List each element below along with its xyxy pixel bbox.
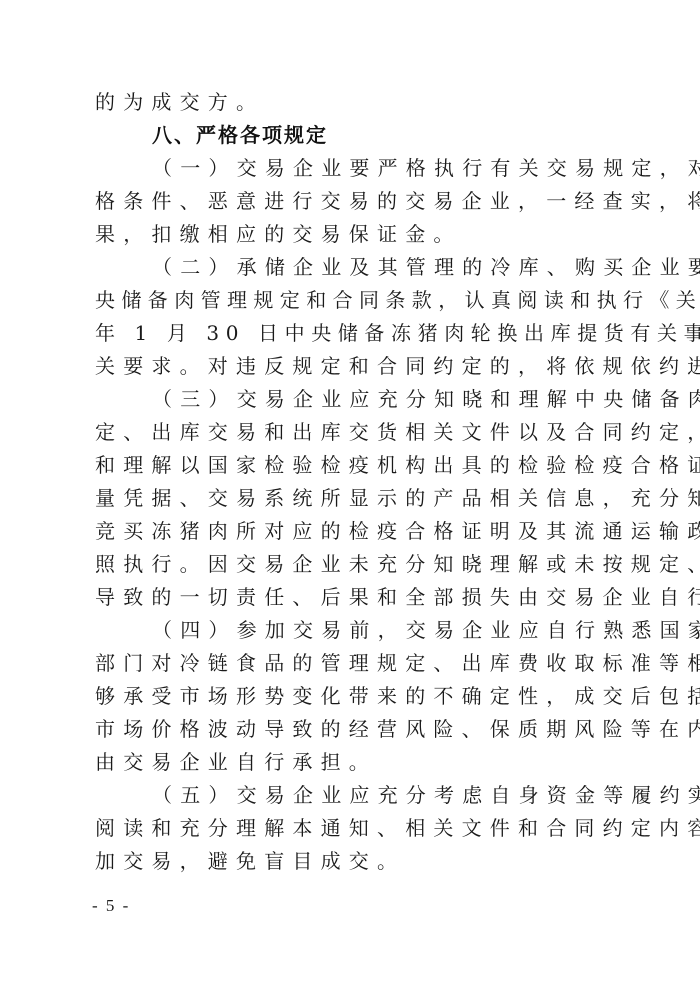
paragraph-line: 导致的一切责任、后果和全部损失由交易企业自行承担。 [95, 581, 607, 614]
paragraph-line: 和理解以国家检验检疫机构出具的检验检疫合格证明为出库质 [95, 449, 607, 482]
paragraph-3: （三）交易企业应充分知晓和理解中央储备肉有关管理规 定、出库交易和出库交货相关文… [95, 383, 607, 614]
paragraph-4: （四）参加交易前，交易企业应自行熟悉国家和当地有关 部门对冷链食品的管理规定、出… [95, 614, 607, 779]
paragraph-line: 格条件、恶意进行交易的交易企业，一经查实，将取消交易结 [95, 185, 607, 218]
paragraph-line: （四）参加交易前，交易企业应自行熟悉国家和当地有关 [95, 614, 607, 647]
paragraph-line: 部门对冷链食品的管理规定、出库费收取标准等相关情况，能 [95, 647, 607, 680]
paragraph-line: 由交易企业自行承担。 [95, 746, 607, 779]
paragraph-line: 量凭据、交易系统所显示的产品相关信息，充分知晓和理解所 [95, 482, 607, 515]
paragraph-line: 市场价格波动导致的经营风险、保质期风险等在内的各类风险 [95, 713, 607, 746]
document-body: 的为成交方。 八、严格各项规定 （一）交易企业要严格执行有关交易规定，对违反交易… [95, 86, 607, 878]
paragraph-line: 阅读和充分理解本通知、相关文件和合同约定内容的基础上参 [95, 812, 607, 845]
paragraph-line: 定、出库交易和出库交货相关文件以及合同约定，应充分知晓 [95, 416, 607, 449]
page-number: - 5 - [92, 896, 130, 916]
paragraph-line: 够承受市场形势变化带来的不确定性，成交后包括但不限于因 [95, 680, 607, 713]
paragraph-line: （三）交易企业应充分知晓和理解中央储备肉有关管理规 [95, 383, 607, 416]
paragraph-1: （一）交易企业要严格执行有关交易规定，对违反交易资 格条件、恶意进行交易的交易企… [95, 152, 607, 251]
paragraph-line: 年 1 月 30 日中央储备冻猪肉轮换出库提货有关事项的通知》有 [95, 317, 607, 350]
paragraph-line: 果，扣缴相应的交易保证金。 [95, 218, 607, 251]
paragraph-line: 竞买冻猪肉所对应的检疫合格证明及其流通运输政策规定并遵 [95, 515, 607, 548]
section-heading: 八、严格各项规定 [95, 119, 607, 152]
paragraph-line: 关要求。对违反规定和合同约定的，将依规依约进行处理。 [95, 350, 607, 383]
paragraph-5: （五）交易企业应充分考虑自身资金等履约实力，在认真 阅读和充分理解本通知、相关文… [95, 779, 607, 878]
paragraph-line: 加交易，避免盲目成交。 [95, 845, 607, 878]
paragraph-line: 照执行。因交易企业未充分知晓理解或未按规定、约定执行所 [95, 548, 607, 581]
document-page: 的为成交方。 八、严格各项规定 （一）交易企业要严格执行有关交易规定，对违反交易… [0, 0, 700, 989]
paragraph-line: （二）承储企业及其管理的冷库、购买企业要严格执行中 [95, 251, 607, 284]
paragraph-line: 央储备肉管理规定和合同条款，认真阅读和执行《关于做好 2024 [95, 284, 607, 317]
paragraph-line: （五）交易企业应充分考虑自身资金等履约实力，在认真 [95, 779, 607, 812]
paragraph-2: （二）承储企业及其管理的冷库、购买企业要严格执行中 央储备肉管理规定和合同条款，… [95, 251, 607, 383]
continued-text-line: 的为成交方。 [95, 86, 607, 119]
paragraph-line: （一）交易企业要严格执行有关交易规定，对违反交易资 [95, 152, 607, 185]
